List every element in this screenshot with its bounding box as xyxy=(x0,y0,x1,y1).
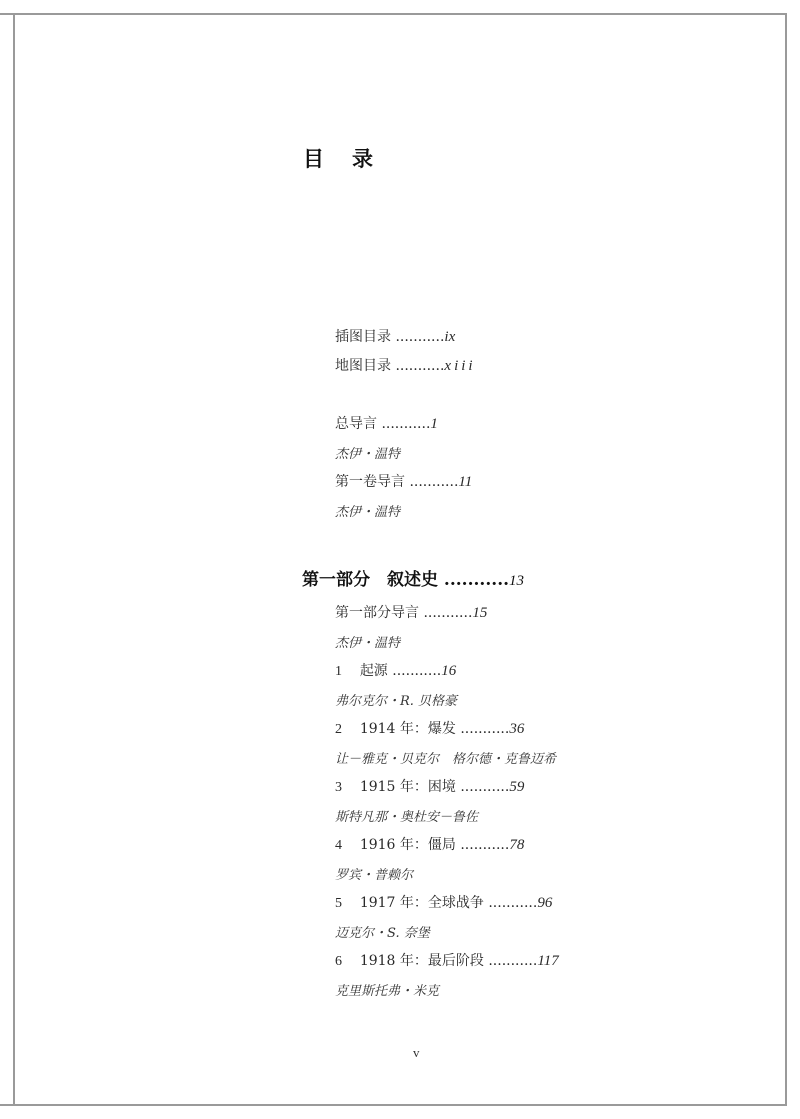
page-border-top xyxy=(0,13,786,15)
entry-label: 地图目录 xyxy=(335,358,391,374)
toc-chapter-1[interactable]: 1 起源 ...........16 xyxy=(335,660,456,680)
page-number: ix xyxy=(444,329,455,345)
chapter-author: 弗尔克尔・R. 贝格豪 xyxy=(335,690,457,709)
leader-dots: ........... xyxy=(460,721,509,737)
toc-chapter-6[interactable]: 6 1918 年：最后阶段 ...........117 xyxy=(335,950,559,970)
entry-label: 总导言 xyxy=(335,416,377,432)
entry-author: 杰伊・温特 xyxy=(335,632,400,651)
chapter-title: 1915 年：困境 xyxy=(360,779,456,795)
toc-chapter-4[interactable]: 4 1916 年：僵局 ...........78 xyxy=(335,834,524,854)
entry-label: 第一卷导言 xyxy=(335,474,405,490)
chapter-title: 1916 年：僵局 xyxy=(360,837,456,853)
part-label: 第一部分 叙述史 xyxy=(302,570,438,590)
page-number: 11 xyxy=(458,474,472,490)
leader-dots: ........... xyxy=(395,329,444,345)
toc-entry-volume-intro[interactable]: 第一卷导言 ...........11 xyxy=(335,471,472,491)
chapter-author: 斯特凡那・奥杜安－鲁佐 xyxy=(335,806,478,825)
leader-dots: ........... xyxy=(381,416,430,432)
chapter-title: 1917 年：全球战争 xyxy=(360,895,484,911)
entry-label: 插图目录 xyxy=(335,329,391,345)
leader-dots: ........... xyxy=(460,779,509,795)
entry-author: 杰伊・温特 xyxy=(335,443,400,462)
chapter-number: 6 xyxy=(335,954,342,970)
toc-chapter-2[interactable]: 2 1914 年：爆发 ...........36 xyxy=(335,718,524,738)
chapter-number: 5 xyxy=(335,896,342,912)
page-border-bottom xyxy=(0,1104,787,1106)
entry-label: 第一部分导言 xyxy=(335,605,419,621)
page-number: 78 xyxy=(509,837,524,853)
chapter-author: 让－雅克・贝克尔 格尔德・克鲁迈希 xyxy=(335,748,556,767)
page-number: 1 xyxy=(430,416,438,432)
chapter-author: 罗宾・普赖尔 xyxy=(335,864,413,883)
page-number: 13 xyxy=(509,573,524,589)
toc-entry-illustrations[interactable]: 插图目录 ...........ix xyxy=(335,326,455,346)
page-number: xiii xyxy=(444,358,475,374)
toc-entry-general-intro[interactable]: 总导言 ...........1 xyxy=(335,413,438,433)
chapter-title: 1914 年：爆发 xyxy=(360,721,456,737)
page-number: 117 xyxy=(537,953,558,969)
page-border-right xyxy=(785,13,787,1106)
chapter-author: 克里斯托弗・米克 xyxy=(335,980,439,999)
leader-dots: ........... xyxy=(488,895,537,911)
chapter-author: 迈克尔・S. 奈堡 xyxy=(335,922,430,941)
leader-dots: ........... xyxy=(409,474,458,490)
page-number: 96 xyxy=(537,895,552,911)
leader-dots: ........... xyxy=(460,837,509,853)
leader-dots: ........... xyxy=(488,953,537,969)
chapter-number: 4 xyxy=(335,838,342,854)
page-number: 36 xyxy=(509,721,524,737)
toc-entry-maps[interactable]: 地图目录 ...........xiii xyxy=(335,355,476,375)
page-title: 目录 xyxy=(303,143,401,173)
page-border-left xyxy=(13,13,15,1106)
chapter-number: 3 xyxy=(335,780,342,796)
page-number: 59 xyxy=(509,779,524,795)
page-folio: v xyxy=(413,1045,420,1061)
chapter-number: 1 xyxy=(335,664,342,680)
page-number: 15 xyxy=(472,605,487,621)
entry-author: 杰伊・温特 xyxy=(335,501,400,520)
toc-entry-part1-intro[interactable]: 第一部分导言 ...........15 xyxy=(335,602,487,622)
chapter-title: 1918 年：最后阶段 xyxy=(360,953,484,969)
toc-chapter-3[interactable]: 3 1915 年：困境 ...........59 xyxy=(335,776,524,796)
leader-dots: ........... xyxy=(395,358,444,374)
chapter-title: 起源 xyxy=(360,663,388,679)
leader-dots: ........... xyxy=(444,570,509,590)
page-number: 16 xyxy=(441,663,456,679)
chapter-number: 2 xyxy=(335,722,342,738)
toc-part-1[interactable]: 第一部分 叙述史 ...........13 xyxy=(302,565,524,590)
leader-dots: ........... xyxy=(423,605,472,621)
toc-chapter-5[interactable]: 5 1917 年：全球战争 ...........96 xyxy=(335,892,552,912)
leader-dots: ........... xyxy=(392,663,441,679)
